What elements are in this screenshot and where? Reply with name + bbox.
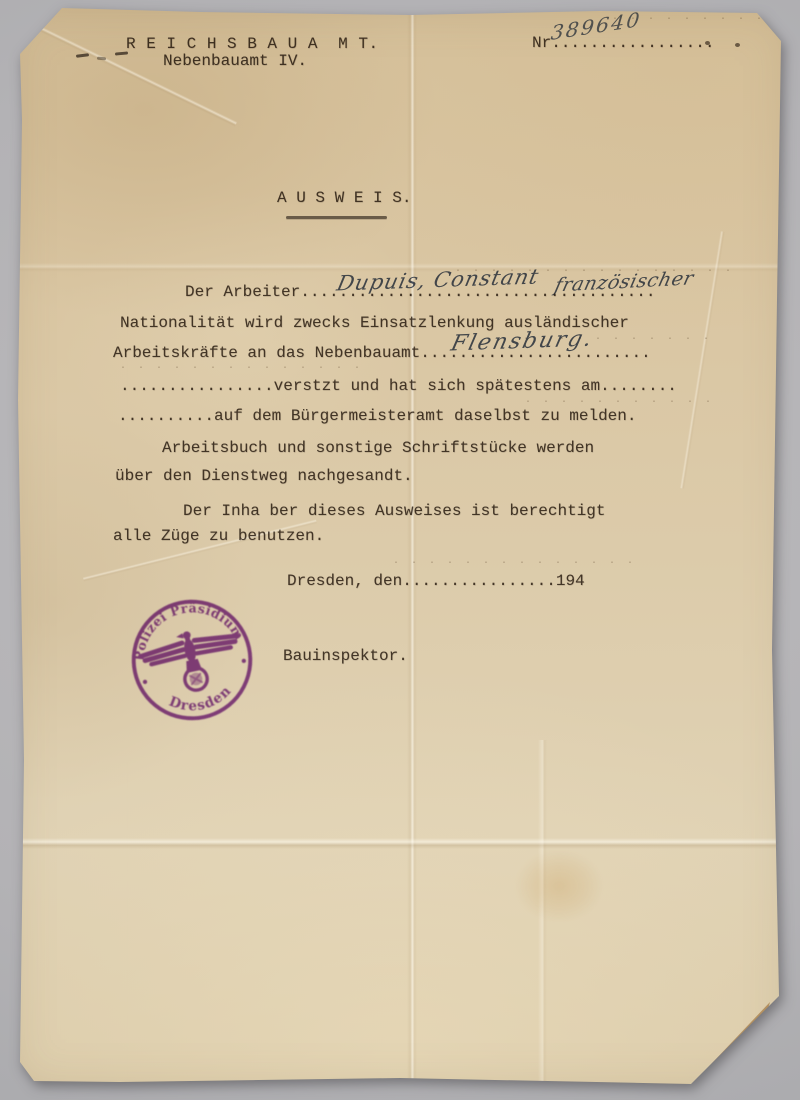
- typed-line-trains: alle Züge zu benutzen.: [113, 526, 324, 546]
- police-rubber-stamp: Polizei Präsidium Dresden: [111, 579, 272, 740]
- title-underline: [286, 216, 387, 219]
- typed-line-mayor-office: ..........auf dem Bürgermeisteramt dasel…: [118, 406, 636, 426]
- typed-line-transfer: ................verstzt und hat sich spä…: [120, 376, 677, 396]
- stamp-graphic: Polizei Präsidium Dresden: [111, 579, 272, 740]
- org-subunit-line: Nebenbauamt IV.: [163, 51, 307, 71]
- date-line: Dresden, den................194: [287, 571, 585, 591]
- edge-shading: [0, 0, 800, 1100]
- document-title: A U S W E I S.: [277, 188, 411, 208]
- stamp-separator-dot: [142, 679, 147, 684]
- folded-corner: [0, 0, 800, 1100]
- typed-line-holder: Der Inha ber dieses Ausweises ist berech…: [183, 501, 605, 521]
- typed-line-workbook: Arbeitsbuch und sonstige Schriftstücke w…: [162, 438, 594, 458]
- typed-line-forwarded: über den Dienstweg nachgesandt.: [115, 466, 413, 486]
- faint-dotted-row: . . . . . . . . . . . . . . . .: [455, 264, 734, 275]
- staple-mark: [97, 57, 106, 61]
- vertical-fold-crease: [407, 0, 417, 1100]
- ink-speck: [735, 43, 740, 47]
- scan-photograph: R E I C H S B A U A M T. Nebenbauamt IV.…: [0, 0, 800, 1100]
- document-paper: R E I C H S B A U A M T. Nebenbauamt IV.…: [0, 0, 800, 1100]
- paper-stain: [515, 850, 603, 922]
- faint-dotted-row: . . . . . . . . . . .: [523, 332, 712, 343]
- horizontal-fold-crease: [0, 838, 800, 849]
- signature-title: Bauinspektor.: [283, 646, 408, 666]
- paper-wrapper: R E I C H S B A U A M T. Nebenbauamt IV.…: [0, 0, 800, 1100]
- stamp-separator-dot: [241, 658, 246, 663]
- staple-mark: [76, 53, 89, 58]
- faint-dotted-row: . . . . . . . . . . . . . .: [393, 556, 636, 567]
- faint-dotted-row: . . . . . . . . . . .: [525, 395, 714, 406]
- faint-dotted-row: . . . . . . . . . . . . . .: [120, 361, 363, 372]
